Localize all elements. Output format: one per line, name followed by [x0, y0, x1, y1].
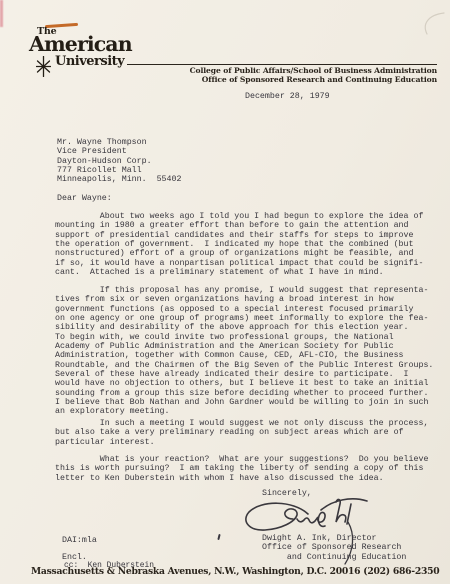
- footer-address: Massachusetts & Nebraska Avenues, N.W., …: [31, 566, 449, 577]
- faint-pencil-curve: [414, 10, 448, 36]
- logo-word-university: University: [55, 54, 124, 69]
- salutation: Dear Wayne:: [57, 194, 112, 203]
- typist-initials: DAI:mla: [62, 536, 97, 545]
- paragraph-1: About two weeks ago I told you I had beg…: [55, 212, 423, 277]
- scan-edge-mark: [0, 0, 3, 27]
- department-line-2: Office of Sponsored Research and Continu…: [190, 76, 437, 85]
- logo-word-american: American: [29, 32, 132, 56]
- letter-page: The American University College of Publi…: [0, 0, 450, 584]
- stray-ink-mark: [217, 534, 220, 540]
- recipient-address: Mr. Wayne Thompson Vice President Dayton…: [57, 138, 181, 185]
- paragraph-2: If this proposal has any promise, I woul…: [55, 286, 433, 417]
- paragraph-4: What is your reaction? What are your sug…: [55, 455, 428, 483]
- letterhead-department: College of Public Affairs/School of Busi…: [190, 67, 437, 85]
- signer-block: Dwight A. Ink, Director Office of Sponso…: [262, 534, 406, 562]
- date-line: December 28, 1979: [245, 92, 330, 101]
- star-icon: [36, 56, 51, 77]
- paragraph-3: In such a meeting I would suggest we not…: [55, 419, 428, 447]
